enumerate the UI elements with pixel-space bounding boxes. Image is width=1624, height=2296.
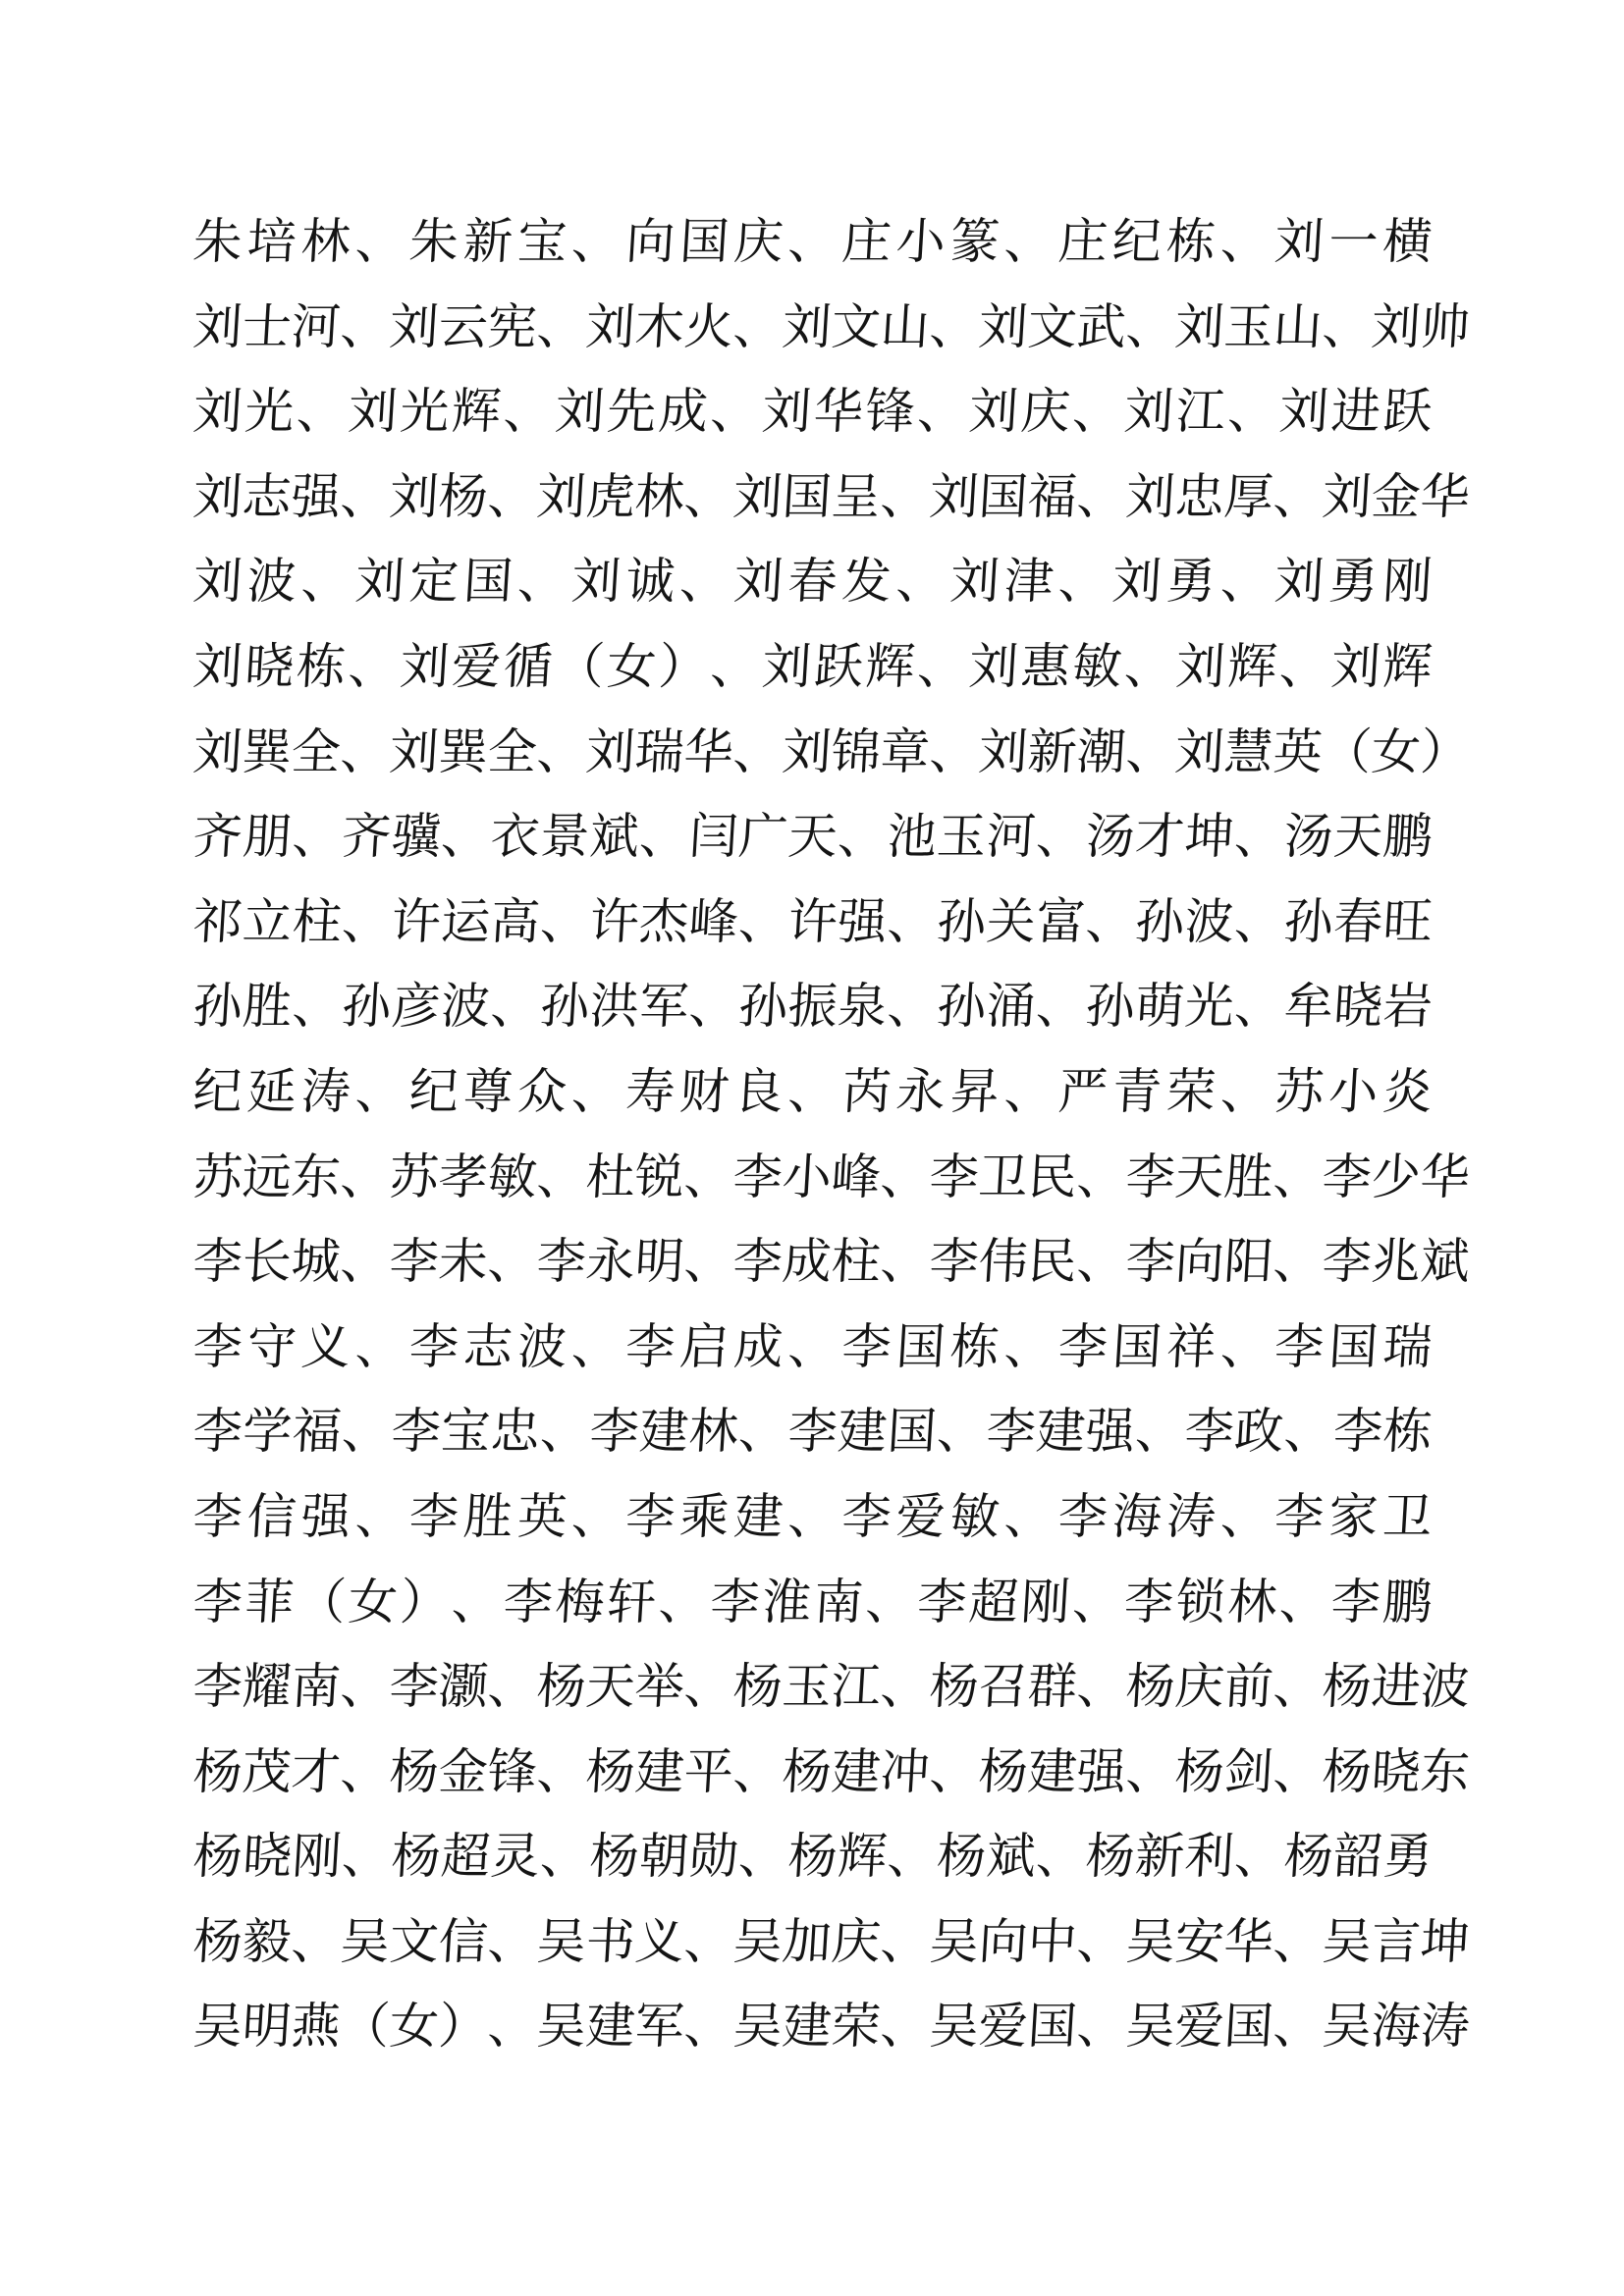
name-list-line: 刘晓栋、刘爱循（女）、刘跃辉、刘惠敏、刘辉、刘辉 [190,620,1435,706]
name-list-line: 李菲（女）、李梅轩、李淮南、李超刚、李锁林、李鹏 [190,1556,1435,1641]
name-list-line: 杨茂才、杨金锋、杨建平、杨建冲、杨建强、杨剑、杨晓东 [190,1726,1435,1811]
name-list-line: 刘士河、刘云宪、刘木火、刘文山、刘文武、刘玉山、刘帅 [190,281,1435,366]
name-list-line: 吴明燕（女）、吴建军、吴建荣、吴爱国、吴爱国、吴海涛 [190,1980,1435,2065]
name-list-line: 孙胜、孙彦波、孙洪军、孙振泉、孙涌、孙萌光、牟晓岩 [190,960,1435,1045]
name-list: 朱培林、朱新宝、向国庆、庄小篆、庄纪栋、刘一横 刘士河、刘云宪、刘木火、刘文山、… [193,195,1433,2065]
name-list-line: 杨毅、吴文信、吴书义、吴加庆、吴向中、吴安华、吴言坤 [190,1896,1435,1981]
name-list-line: 齐朋、齐骥、衣景斌、闫广天、池玉河、汤才坤、汤天鹏 [190,790,1435,876]
name-list-line: 苏远东、苏孝敏、杜锐、李小峰、李卫民、李天胜、李少华 [190,1131,1435,1216]
name-list-line: 刘波、刘定国、刘诚、刘春发、刘津、刘勇、刘勇刚 [190,535,1435,620]
name-list-line: 李信强、李胜英、李乘建、李爱敏、李海涛、李家卫 [190,1470,1435,1556]
name-list-line: 祁立柱、许运高、许杰峰、许强、孙关富、孙波、孙春旺 [190,876,1435,961]
name-list-line: 李长城、李未、李永明、李成柱、李伟民、李向阳、李兆斌 [190,1215,1435,1301]
name-list-line: 李学福、李宝忠、李建林、李建国、李建强、李政、李栋 [190,1385,1435,1470]
name-list-line: 刘巽全、刘巽全、刘瑞华、刘锦章、刘新潮、刘慧英（女） [190,706,1435,791]
name-list-line: 朱培林、朱新宝、向国庆、庄小篆、庄纪栋、刘一横 [190,195,1435,281]
name-list-line: 李守义、李志波、李启成、李国栋、李国祥、李国瑞 [190,1301,1435,1386]
name-list-line: 刘志强、刘杨、刘虎林、刘国呈、刘国福、刘忠厚、刘金华 [190,451,1435,536]
name-list-line: 刘光、刘光辉、刘先成、刘华锋、刘庆、刘江、刘进跃 [190,365,1435,451]
name-list-line: 杨晓刚、杨超灵、杨朝勋、杨辉、杨斌、杨新利、杨韶勇 [190,1810,1435,1896]
document-page: 朱培林、朱新宝、向国庆、庄小篆、庄纪栋、刘一横 刘士河、刘云宪、刘木火、刘文山、… [0,0,1624,2296]
name-list-line: 李耀南、李灏、杨天举、杨玉江、杨召群、杨庆前、杨进波 [190,1640,1435,1726]
name-list-line: 纪延涛、纪尊众、寿财良、芮永昇、严青荣、苏小炎 [190,1045,1435,1131]
